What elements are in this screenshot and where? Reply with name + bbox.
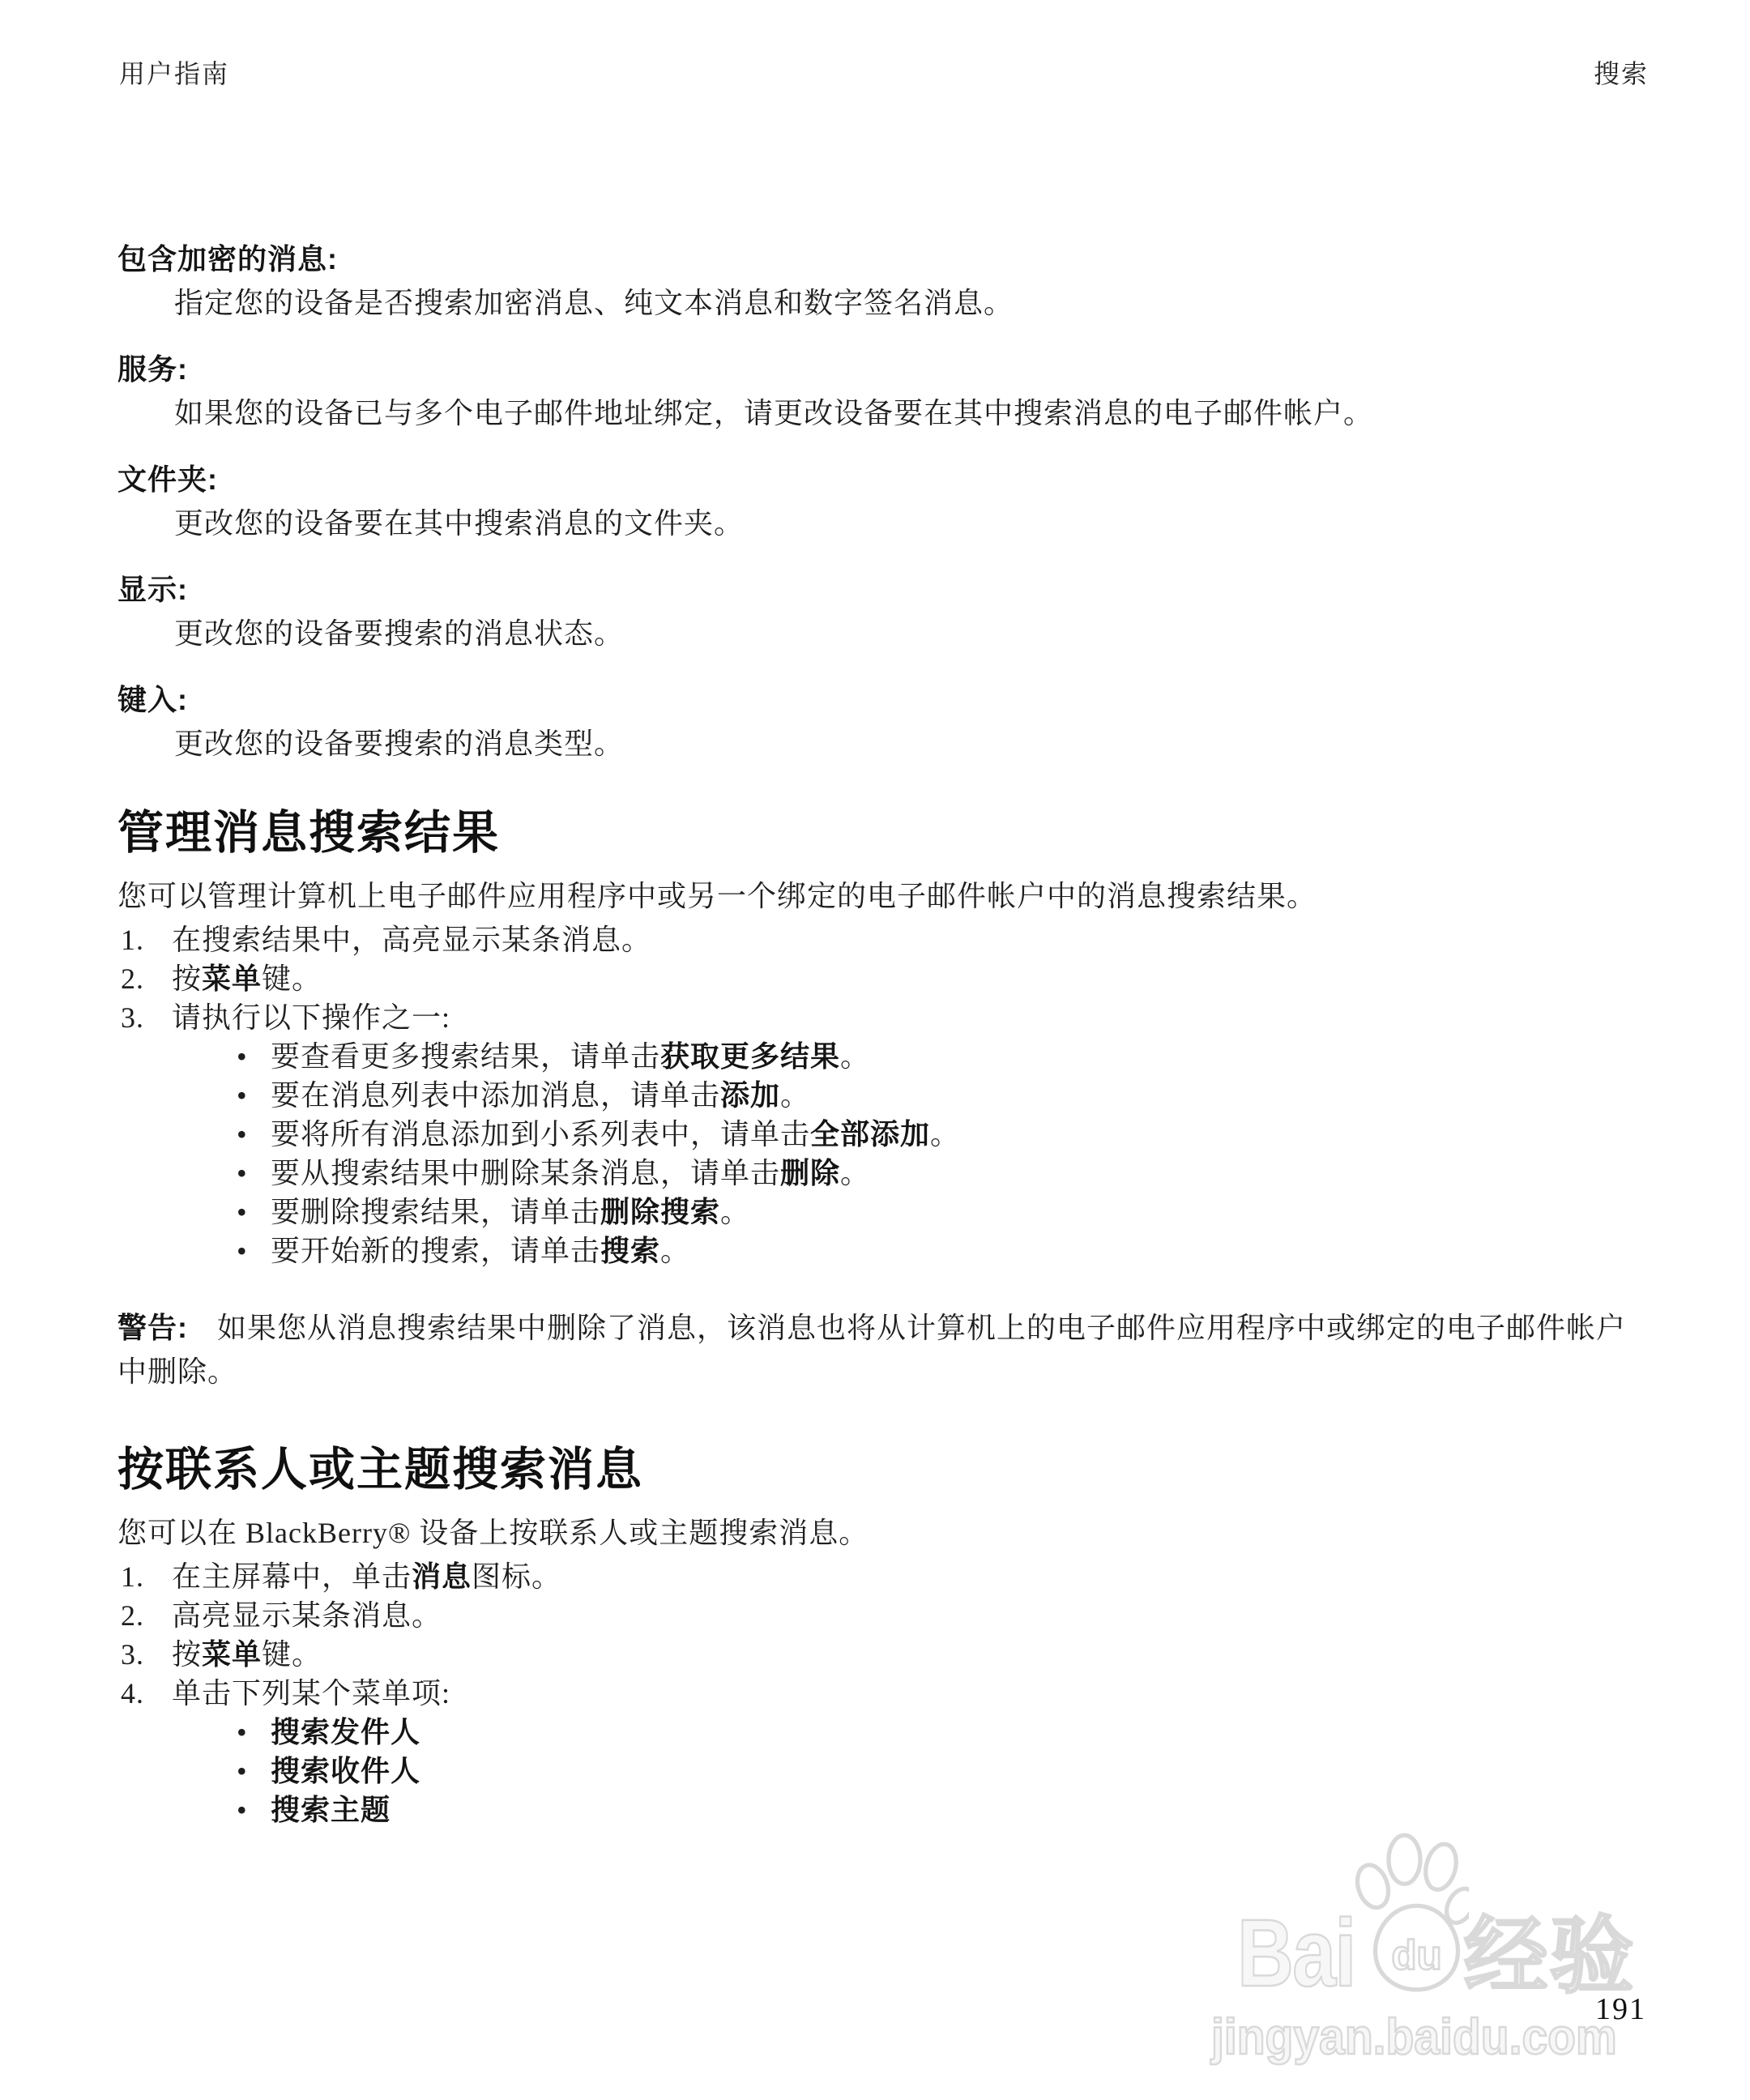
warning-label: 警告:	[117, 1311, 188, 1344]
header-doc-title: 用户指南	[119, 53, 229, 91]
watermark-du-text: du	[1391, 1931, 1441, 1978]
option-item: 要开始新的搜索，请单击搜索。	[237, 1231, 1653, 1270]
option-item: 要将所有消息添加到小系列表中，请单击全部添加。	[237, 1115, 1653, 1154]
section-title-manage-results: 管理消息搜索结果	[117, 807, 1653, 859]
section-intro: 您可以管理计算机上电子邮件应用程序中或另一个绑定的电子邮件帐户中的消息搜索结果。	[117, 877, 1653, 916]
definition-term: 包含加密的消息:	[117, 241, 1653, 277]
section-intro: 您可以在 BlackBerry® 设备上按联系人或主题搜索消息。	[117, 1513, 1653, 1552]
header-section-title: 搜索	[1594, 53, 1649, 91]
watermark-url: jingyan.baidu.com	[1211, 2012, 1628, 2063]
step-item: 按菜单键。	[117, 959, 1653, 998]
step-item: 请执行以下操作之一: 要查看更多搜索结果，请单击获取更多结果。 要在消息列表中添…	[117, 998, 1653, 1270]
options-list: 要查看更多搜索结果，请单击获取更多结果。 要在消息列表中添加消息，请单击添加。 …	[172, 1037, 1653, 1270]
definition-block: 包含加密的消息: 指定您的设备是否搜索加密消息、纯文本消息和数字签名消息。	[117, 241, 1653, 321]
definition-block: 服务: 如果您的设备已与多个电子邮件地址绑定，请更改设备要在其中搜索消息的电子邮…	[117, 352, 1653, 431]
step-item: 在搜索结果中，高亮显示某条消息。	[117, 920, 1653, 959]
document-page: 用户指南 搜索 包含加密的消息: 指定您的设备是否搜索加密消息、纯文本消息和数字…	[0, 0, 1750, 2100]
option-item: 要从搜索结果中删除某条消息，请单击删除。	[237, 1154, 1653, 1193]
definition-description: 更改您的设备要搜索的消息类型。	[174, 726, 1653, 762]
definition-block: 文件夹: 更改您的设备要在其中搜索消息的文件夹。	[117, 462, 1653, 541]
menu-options-list: 搜索发件人 搜索收件人 搜索主题	[172, 1713, 1653, 1829]
option-item: 要在消息列表中添加消息，请单击添加。	[237, 1076, 1653, 1115]
search-criteria-definitions: 包含加密的消息: 指定您的设备是否搜索加密消息、纯文本消息和数字签名消息。 服务…	[117, 241, 1653, 762]
page-header: 用户指南 搜索	[119, 53, 1649, 91]
definition-block: 键入: 更改您的设备要搜索的消息类型。	[117, 682, 1653, 762]
definition-term: 显示:	[117, 572, 1653, 608]
steps-list: 在主屏幕中，单击消息图标。 高亮显示某条消息。 按菜单键。 单击下列某个菜单项:…	[117, 1557, 1653, 1829]
menu-option-item: 搜索发件人	[237, 1713, 1653, 1752]
definition-description: 更改您的设备要搜索的消息状态。	[174, 616, 1653, 651]
page-content: 包含加密的消息: 指定您的设备是否搜索加密消息、纯文本消息和数字签名消息。 服务…	[117, 241, 1653, 1829]
baidu-paw-icon: du	[1347, 1833, 1469, 2004]
step-item: 按菜单键。	[117, 1635, 1653, 1674]
option-item: 要查看更多搜索结果，请单击获取更多结果。	[237, 1037, 1653, 1076]
definition-block: 显示: 更改您的设备要搜索的消息状态。	[117, 572, 1653, 651]
step-item: 在主屏幕中，单击消息图标。	[117, 1557, 1653, 1596]
menu-option-item: 搜索主题	[237, 1791, 1653, 1829]
step-item: 单击下列某个菜单项: 搜索发件人 搜索收件人 搜索主题	[117, 1674, 1653, 1829]
step-item: 高亮显示某条消息。	[117, 1596, 1653, 1635]
warning-text: 如果您从消息搜索结果中删除了消息，该消息也将从计算机上的电子邮件应用程序中或绑定…	[117, 1312, 1626, 1388]
definition-description: 更改您的设备要在其中搜索消息的文件夹。	[174, 506, 1653, 541]
watermark-bai-text: Bai	[1237, 1906, 1355, 2001]
warning-note: 警告:如果您从消息搜索结果中删除了消息，该消息也将从计算机上的电子邮件应用程序中…	[117, 1306, 1653, 1394]
steps-list: 在搜索结果中，高亮显示某条消息。 按菜单键。 请执行以下操作之一: 要查看更多搜…	[117, 920, 1653, 1270]
definition-term: 服务:	[117, 352, 1653, 387]
definition-term: 文件夹:	[117, 462, 1653, 497]
baidu-logo: Bai du 经验	[1211, 1833, 1665, 2001]
definition-description: 如果您的设备已与多个电子邮件地址绑定，请更改设备要在其中搜索消息的电子邮件帐户。	[174, 395, 1653, 431]
section-title-search-by-contact: 按联系人或主题搜索消息	[117, 1444, 1653, 1496]
option-item: 要删除搜索结果，请单击删除搜索。	[237, 1193, 1653, 1231]
menu-option-item: 搜索收件人	[237, 1752, 1653, 1791]
definition-term: 键入:	[117, 682, 1653, 718]
page-number: 191	[1595, 1991, 1646, 2027]
baidu-watermark: Bai du 经验 jingyan.baidu.com	[1211, 1833, 1665, 2063]
watermark-jingyan-text: 经验	[1464, 1913, 1636, 2001]
definition-description: 指定您的设备是否搜索加密消息、纯文本消息和数字签名消息。	[174, 285, 1653, 321]
